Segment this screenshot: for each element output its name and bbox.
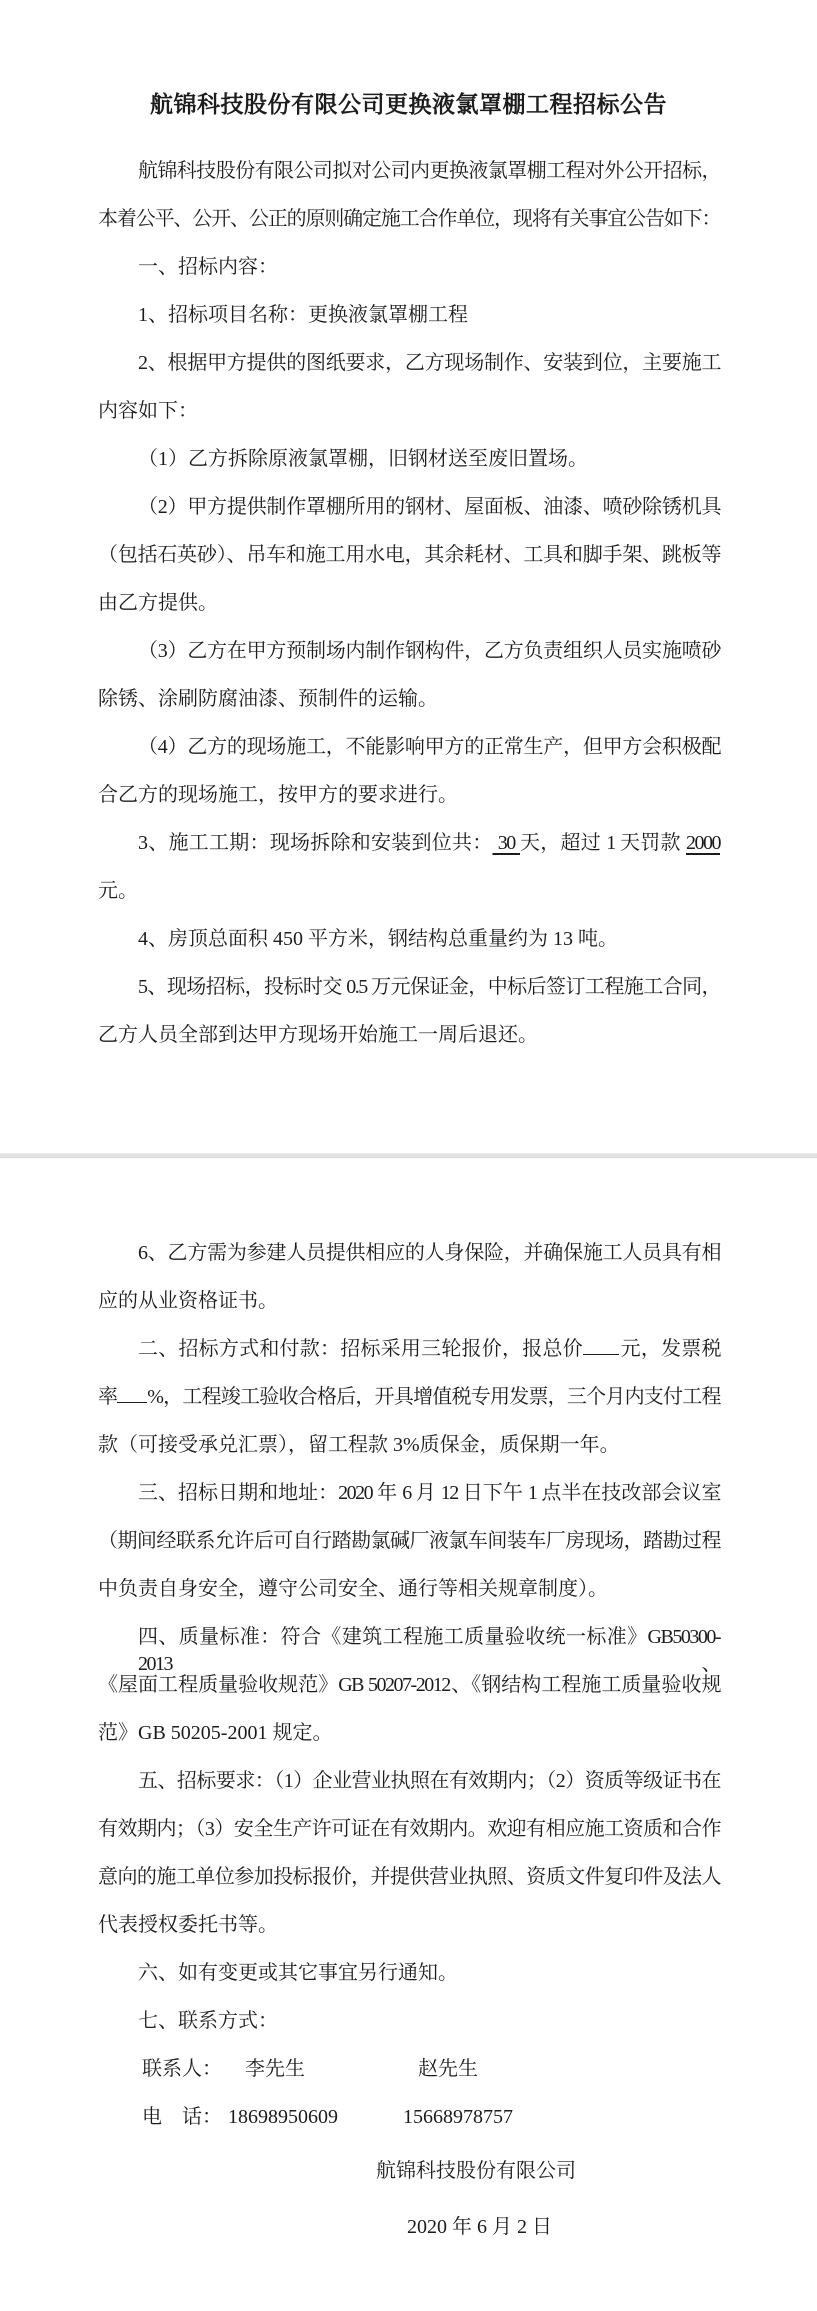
text-line: 应的从业资格证书。 [98, 1288, 720, 1315]
text-segment: 除锈、涂刷防腐油漆、预制件的运输。 [98, 688, 438, 710]
text-segment: （4）乙方的现场施工，不能影响甲方的正常生产，但甲方会积极配 [138, 736, 720, 758]
page-2: 6、乙方需为参建人员提供相应的人身保险，并确保施工人员具有相应的从业资格证书。二… [0, 1158, 817, 2311]
text-segment: （期间经联系允许后可自行踏勘氯碱厂液氯车间装车厂房现场，踏勘过程 [98, 1530, 720, 1552]
text-line: 四、质量标准：符合《建筑工程施工质量验收统一标准》GB50300-2013、 [98, 1624, 720, 1678]
text-line: 4、房顶总面积 450 平方米，钢结构总重量约为 13 吨。 [98, 926, 720, 953]
text-segment: 内容如下： [98, 400, 198, 422]
text-segment: 元，发票税 [619, 1338, 720, 1360]
text-line: 七、联系方式： [98, 2008, 720, 2035]
text-segment: 天，超过 1 天罚款 [520, 832, 686, 854]
text-segment: 2、根据甲方提供的图纸要求，乙方现场制作、安装到位，主要施工 [138, 352, 720, 374]
text-line: 5、现场招标，投标时交 0.5 万元保证金，中标后签订工程施工合同， [98, 974, 720, 1001]
text-line: 3、施工工期：现场拆除和安装到位共： 30 天，超过 1 天罚款 2000 [98, 830, 720, 857]
text-line: 三、招标日期和地址：2020 年 6 月 12 日下午 1 点半在技改部会议室 [98, 1480, 720, 1507]
text-segment: 元。 [98, 880, 138, 902]
text-segment: 6、乙方需为参建人员提供相应的人身保险，并确保施工人员具有相 [138, 1242, 720, 1264]
contact-person-1: 李先生 [245, 2056, 305, 2083]
text-segment: 合乙方的现场施工，按甲方的要求进行。 [98, 784, 458, 806]
text-segment: 应的从业资格证书。 [98, 1290, 278, 1312]
tax-rate-blank [117, 1385, 147, 1403]
text-segment: 5、现场招标，投标时交 0.5 万元保证金，中标后签订工程施工合同， [138, 976, 720, 998]
text-line: 合乙方的现场施工，按甲方的要求进行。 [98, 782, 720, 809]
text-line: 内容如下： [98, 398, 720, 425]
text-line: 款（可接受承兑汇票），留工程款 3%质保金，质保期一年。 [98, 1432, 720, 1459]
text-line: 航锦科技股份有限公司拟对公司内更换液氯罩棚工程对外公开招标， [98, 158, 720, 185]
page-1: 航锦科技股份有限公司更换液氯罩棚工程招标公告 航锦科技股份有限公司拟对公司内更换… [0, 0, 817, 1153]
total-price-blank [583, 1337, 619, 1355]
text-line: （4）乙方的现场施工，不能影响甲方的正常生产，但甲方会积极配 [98, 734, 720, 761]
text-line: 代表授权委托书等。 [98, 1912, 720, 1939]
text-line: 除锈、涂刷防腐油漆、预制件的运输。 [98, 686, 720, 713]
document-title: 航锦科技股份有限公司更换液氯罩棚工程招标公告 [0, 88, 817, 122]
text-segment: 三、招标日期和地址：2020 年 6 月 12 日下午 1 点半在技改部会议室 [138, 1482, 720, 1504]
text-line: 范》GB 50205-2001 规定。 [98, 1720, 720, 1747]
text-segment: （2）甲方提供制作罩棚所用的钢材、屋面板、油漆、喷砂除锈机具 [138, 496, 720, 518]
text-segment: 中负责自身安全，遵守公司安全、通行等相关规章制度）。 [98, 1578, 608, 1600]
text-line: 中负责自身安全，遵守公司安全、通行等相关规章制度）。 [98, 1576, 720, 1603]
text-segment: （包括石英砂）、吊车和施工用水电，其余耗材、工具和脚手架、跳板等 [98, 544, 720, 566]
text-segment: 4、房顶总面积 450 平方米，钢结构总重量约为 13 吨。 [138, 928, 618, 950]
phone-number-2: 15668978757 [403, 2104, 513, 2131]
text-line: 元。 [98, 878, 720, 905]
text-segment: 四、质量标准：符合《建筑工程施工质量验收统一标准》GB50300-2013、 [138, 1626, 720, 1675]
text-segment: 一、招标内容： [138, 256, 278, 278]
text-line: （1）乙方拆除原液氯罩棚，旧钢材送至废旧置场。 [98, 446, 720, 473]
text-line: 乙方人员全部到达甲方现场开始施工一周后退还。 [98, 1022, 720, 1049]
signature-date: 2020 年 6 月 2 日 [407, 2214, 552, 2241]
text-segment: 范》GB 50205-2001 规定。 [98, 1722, 332, 1744]
text-segment: 本着公平、公开、公正的原则确定施工合作单位，现将有关事宜公告如下： [98, 208, 720, 230]
text-segment: 乙方人员全部到达甲方现场开始施工一周后退还。 [98, 1024, 538, 1046]
text-segment: 《屋面工程质量验收规范》GB 50207-2012、《钢结构工程施工质量验收规 [98, 1674, 720, 1696]
text-segment: 航锦科技股份有限公司拟对公司内更换液氯罩棚工程对外公开招标， [138, 160, 720, 182]
text-line: 意向的施工单位参加投标报价，并提供营业执照、资质文件复印件及法人 [98, 1864, 720, 1891]
text-line: 率%，工程竣工验收合格后，开具增值税专用发票，三个月内支付工程 [98, 1384, 720, 1411]
text-line: 二、招标方式和付款：招标采用三轮报价，报总价元，发票税 [98, 1336, 720, 1363]
text-line: 五、招标要求：（1）企业营业执照在有效期内；（2）资质等级证书在 [98, 1768, 720, 1795]
text-line: 1、招标项目名称：更换液氯罩棚工程 [98, 302, 720, 329]
text-segment: %，工程竣工验收合格后，开具增值税专用发票，三个月内支付工程 [147, 1386, 720, 1408]
text-line: 由乙方提供。 [98, 590, 720, 617]
text-segment: 款（可接受承兑汇票），留工程款 3%质保金，质保期一年。 [98, 1434, 620, 1456]
text-segment: （1）乙方拆除原液氯罩棚，旧钢材送至废旧置场。 [138, 448, 588, 470]
text-line: 2、根据甲方提供的图纸要求，乙方现场制作、安装到位，主要施工 [98, 350, 720, 377]
text-segment: 有效期内；（3）安全生产许可证在有效期内。欢迎有相应施工资质和合作 [98, 1818, 720, 1840]
contact-label: 联系人： [142, 2056, 222, 2083]
text-segment: 二、招标方式和付款：招标采用三轮报价，报总价 [138, 1338, 583, 1360]
text-segment: 率 [98, 1386, 117, 1408]
text-line: 六、如有变更或其它事宜另行通知。 [98, 1960, 720, 1987]
text-segment: 意向的施工单位参加投标报价，并提供营业执照、资质文件复印件及法人 [98, 1866, 720, 1888]
text-line: （期间经联系允许后可自行踏勘氯碱厂液氯车间装车厂房现场，踏勘过程 [98, 1528, 720, 1555]
text-segment: （3）乙方在甲方预制场内制作钢构件，乙方负责组织人员实施喷砂 [138, 640, 720, 662]
text-line: 6、乙方需为参建人员提供相应的人身保险，并确保施工人员具有相 [98, 1240, 720, 1267]
construction-days-value: 30 [493, 832, 521, 854]
text-segment: 六、如有变更或其它事宜另行通知。 [138, 1962, 458, 1984]
penalty-amount-value: 2000 [686, 832, 720, 854]
text-segment: 五、招标要求：（1）企业营业执照在有效期内；（2）资质等级证书在 [138, 1770, 720, 1792]
text-line: （包括石英砂）、吊车和施工用水电，其余耗材、工具和脚手架、跳板等 [98, 542, 720, 569]
phone-number-1: 18698950609 [228, 2104, 338, 2131]
text-segment: 3、施工工期：现场拆除和安装到位共： [138, 832, 493, 854]
document-viewer: 航锦科技股份有限公司更换液氯罩棚工程招标公告 航锦科技股份有限公司拟对公司内更换… [0, 0, 817, 2311]
contact-person-2: 赵先生 [418, 2056, 478, 2083]
text-line: （3）乙方在甲方预制场内制作钢构件，乙方负责组织人员实施喷砂 [98, 638, 720, 665]
text-line: 有效期内；（3）安全生产许可证在有效期内。欢迎有相应施工资质和合作 [98, 1816, 720, 1843]
text-line: （2）甲方提供制作罩棚所用的钢材、屋面板、油漆、喷砂除锈机具 [98, 494, 720, 521]
text-line: 一、招标内容： [98, 254, 720, 281]
text-segment: 1、招标项目名称：更换液氯罩棚工程 [138, 304, 468, 326]
text-line: 《屋面工程质量验收规范》GB 50207-2012、《钢结构工程施工质量验收规 [98, 1672, 720, 1699]
text-segment: 七、联系方式： [138, 2010, 278, 2032]
signature-company: 航锦科技股份有限公司 [376, 2158, 576, 2185]
text-line: 本着公平、公开、公正的原则确定施工合作单位，现将有关事宜公告如下： [98, 206, 720, 233]
text-segment: 由乙方提供。 [98, 592, 218, 614]
text-segment: 代表授权委托书等。 [98, 1914, 278, 1936]
phone-label: 电 话： [142, 2104, 222, 2131]
